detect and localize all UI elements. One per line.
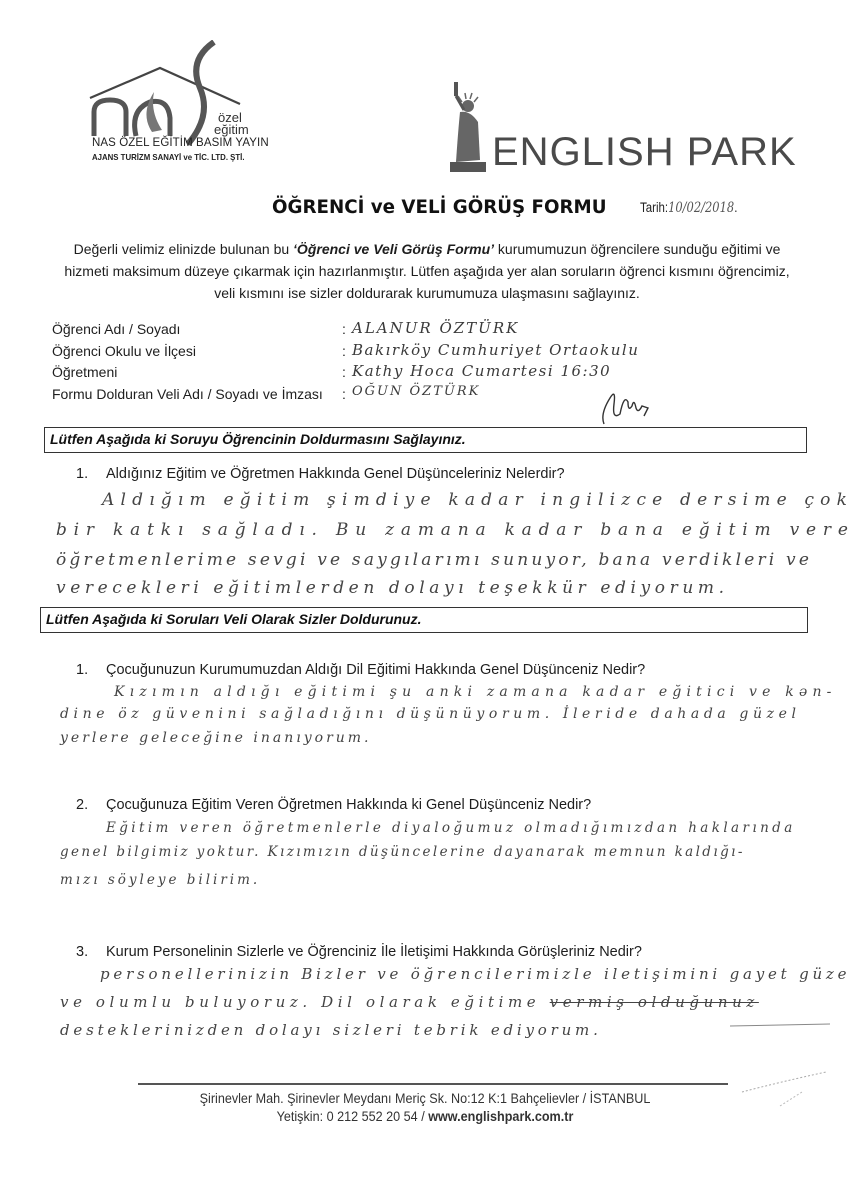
- answer-line: Aldığım eğitim şimdiye kadar ingilizce d…: [102, 490, 848, 510]
- question-text: Çocuğunuza Eğitim Veren Öğretmen Hakkınd…: [106, 797, 591, 813]
- field-colon: :: [342, 343, 346, 359]
- answer-text: ve olumlu buluyoruz. Dil olarak eğitime: [60, 993, 540, 1011]
- field-colon: :: [342, 386, 346, 402]
- parent-question-2: 2.Çocuğunuza Eğitim Veren Öğretmen Hakkı…: [76, 797, 591, 813]
- student-school-value[interactable]: Bakırköy Cumhuriyet Ortaokulu: [352, 341, 639, 359]
- statue-of-liberty-icon: [446, 82, 496, 174]
- student-name-value[interactable]: ALANUR ÖZTÜRK: [352, 319, 519, 337]
- answer-line: mızı söyleye bilirim.: [60, 872, 260, 888]
- intro-paragraph: Değerli velimiz elinizde bulunan bu ‘Öğr…: [52, 238, 802, 304]
- answer-line: yerlere geleceğine inanıyorum.: [60, 730, 372, 746]
- logo-mark-egitim: eğitim: [214, 122, 249, 137]
- parent-answer-1[interactable]: Kızımın aldığı eğitimi şu anki zamana ka…: [60, 684, 820, 764]
- footer-address: Şirinevler Mah. Şirinevler Meydanı Meriç…: [187, 1090, 664, 1106]
- footer-separator: /: [421, 1108, 425, 1124]
- intro-text-pre: Değerli velimiz elinizde bulunan bu: [74, 241, 293, 257]
- answer-line: genel bilgimiz yoktur. Kızımızın düşünce…: [60, 844, 745, 860]
- answer-line: dine öz güvenini sağladığını düşünüyorum…: [60, 706, 801, 722]
- field-student-school: Öğrenci Okulu ve İlçesi : Bakırköy Cumhu…: [52, 341, 772, 363]
- parent-answer-3[interactable]: personellerinizin Bizler ve öğrencilerim…: [60, 965, 820, 1055]
- pen-mark-decoration: [740, 1070, 830, 1110]
- field-label: Öğretmeni: [52, 364, 117, 380]
- form-title: ÖĞRENCİ ve VELİ GÖRÜŞ FORMU: [272, 196, 607, 218]
- parent-answer-2[interactable]: Eğitim veren öğretmenlerle diyaloğumuz o…: [60, 818, 820, 898]
- field-label: Öğrenci Okulu ve İlçesi: [52, 343, 196, 359]
- field-student-name: Öğrenci Adı / Soyadı : ALANUR ÖZTÜRK: [52, 319, 772, 341]
- answer-line: bir katkı sağladı. Bu zamana kadar bana …: [56, 520, 848, 540]
- field-label: Formu Dolduran Veli Adı / Soyadı ve İmza…: [52, 386, 323, 402]
- question-text: Aldığınız Eğitim ve Öğretmen Hakkında Ge…: [106, 466, 565, 482]
- footer-contact: Yetişkin: 0 212 552 20 54 / www.englishp…: [187, 1108, 664, 1124]
- question-number: 2.: [76, 797, 106, 813]
- struck-out-text: vermiş olduğunuz: [550, 993, 759, 1011]
- answer-line: personellerinizin Bizler ve öğrencilerim…: [100, 965, 848, 983]
- student-info-fields: Öğrenci Adı / Soyadı : ALANUR ÖZTÜRK Öğr…: [52, 319, 772, 405]
- footer-divider: [138, 1083, 728, 1085]
- handwritten-signature-icon: [598, 384, 658, 428]
- question-text: Çocuğunuzun Kurumumuzdan Aldığı Dil Eğit…: [106, 662, 645, 678]
- answer-line: öğretmenlerime sevgi ve saygılarımı sunu…: [56, 550, 812, 570]
- parent-section-heading: Lütfen Aşağıda ki Soruları Veli Olarak S…: [40, 607, 808, 633]
- company-name: NAS ÖZEL EĞİTİM BASIM YAYIN: [92, 137, 269, 149]
- nas-house-logo-icon: [88, 40, 258, 170]
- footer-website-link[interactable]: www.englishpark.com.tr: [428, 1108, 573, 1124]
- student-section-heading: Lütfen Aşağıda ki Soruyu Öğrencinin Dold…: [44, 427, 807, 453]
- answer-line: Eğitim veren öğretmenlerle diyaloğumuz o…: [106, 820, 796, 836]
- question-number: 3.: [76, 944, 106, 960]
- field-parent-name: Formu Dolduran Veli Adı / Soyadı ve İmza…: [52, 384, 772, 406]
- date-label: Tarih:: [640, 200, 668, 215]
- english-park-logo-text: ENGLISH PARK: [492, 130, 797, 175]
- field-colon: :: [342, 364, 346, 380]
- date-field: Tarih:10/02/2018.: [640, 200, 737, 216]
- question-number: 1.: [76, 662, 106, 678]
- field-teacher: Öğretmeni : Kathy Hoca Cumartesi 16:30: [52, 362, 772, 384]
- answer-line: desteklerinizden dolayı sizleri tebrik e…: [60, 1021, 602, 1039]
- parent-question-1: 1.Çocuğunuzun Kurumumuzdan Aldığı Dil Eğ…: [76, 662, 645, 678]
- answer-line: ve olumlu buluyoruz. Dil olarak eğitime …: [60, 993, 759, 1011]
- field-label: Öğrenci Adı / Soyadı: [52, 321, 180, 337]
- teacher-value[interactable]: Kathy Hoca Cumartesi 16:30: [352, 362, 611, 380]
- question-text: Kurum Personelinin Sizlerle ve Öğrencini…: [106, 944, 642, 960]
- question-number: 1.: [76, 466, 106, 482]
- student-answer-1[interactable]: Aldığım eğitim şimdiye kadar ingilizce d…: [56, 490, 816, 610]
- answer-line: verecekleri eğitimlerden dolayı teşekkür…: [56, 578, 729, 598]
- pen-mark-decoration: [730, 1020, 830, 1030]
- intro-form-name: ‘Öğrenci ve Veli Görüş Formu’: [293, 241, 494, 257]
- footer-phone: Yetişkin: 0 212 552 20 54: [277, 1108, 418, 1124]
- answer-line: Kızımın aldığı eğitimi şu anki zamana ka…: [114, 684, 837, 700]
- date-value[interactable]: 10/02/2018: [668, 200, 734, 216]
- parent-name-value[interactable]: OĞUN ÖZTÜRK: [352, 384, 480, 399]
- company-subtitle: AJANS TURİZM SANAYİ ve TİC. LTD. ŞTİ.: [92, 152, 245, 162]
- student-question-1: 1.Aldığınız Eğitim ve Öğretmen Hakkında …: [76, 466, 565, 482]
- field-colon: :: [342, 321, 346, 337]
- parent-question-3: 3.Kurum Personelinin Sizlerle ve Öğrenci…: [76, 944, 642, 960]
